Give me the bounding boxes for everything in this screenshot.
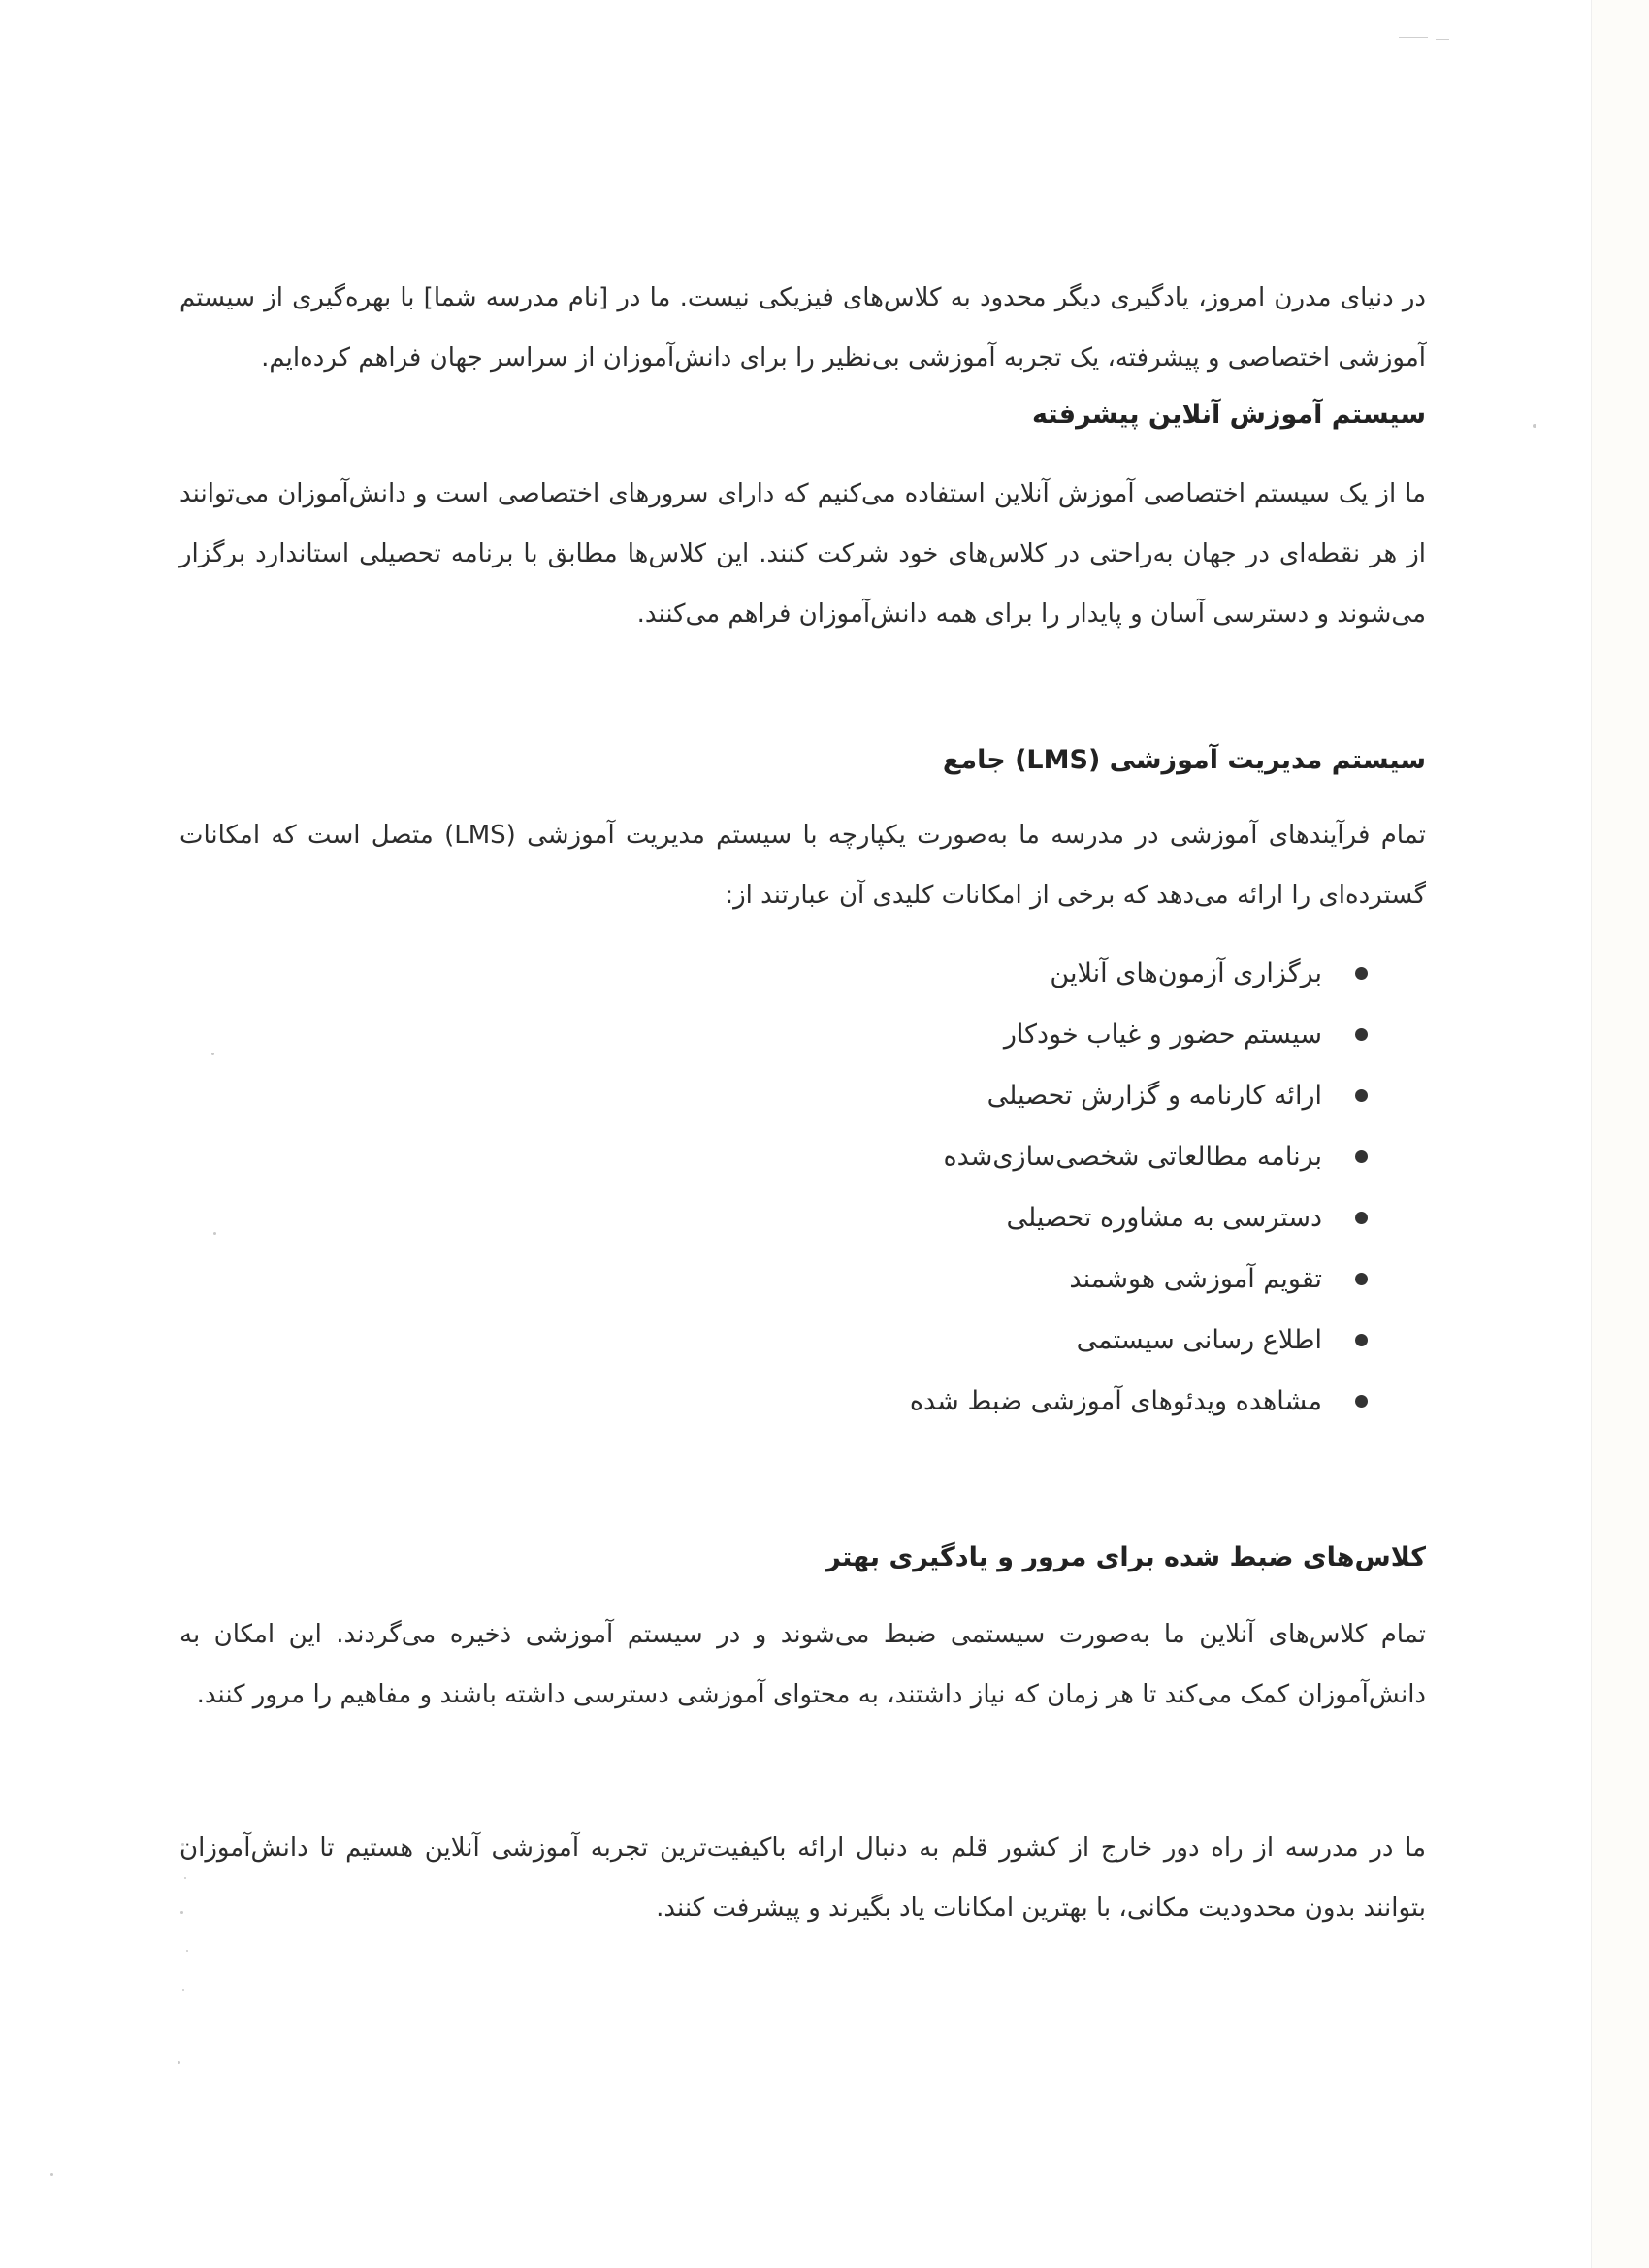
scan-speck [1533, 424, 1536, 428]
list-item-notifications: اطلاع رسانی سیستمی [179, 1310, 1368, 1371]
list-item-study-plan: برنامه مطالعاتی شخصی‌سازی‌شده [179, 1126, 1368, 1187]
scan-speck [186, 1950, 188, 1952]
lms-feature-list: برگزاری آزمون‌های آنلاین سیستم حضور و غی… [179, 943, 1426, 1432]
scan-speck [178, 2061, 180, 2064]
scan-speck [50, 2173, 53, 2176]
bullet-icon [1355, 1395, 1368, 1408]
scan-artifact-top-right-2 [1436, 39, 1449, 40]
feature-label: اطلاع رسانی سیستمی [1077, 1325, 1322, 1355]
feature-label: برگزاری آزمون‌های آنلاین [1050, 958, 1322, 988]
list-item-recorded-videos: مشاهده ویدئوهای آموزشی ضبط شده [179, 1371, 1368, 1432]
document-body: در دنیای مدرن امروز، یادگیری دیگر محدود … [179, 268, 1426, 1938]
list-item-counseling: دسترسی به مشاوره تحصیلی [179, 1187, 1368, 1248]
paragraph-online-learning-system: ما از یک سیستم اختصاصی آموزش آنلاین استف… [179, 464, 1426, 644]
list-item-online-exams: برگزاری آزمون‌های آنلاین [179, 943, 1368, 1004]
feature-label: تقویم آموزشی هوشمند [1069, 1264, 1322, 1294]
scan-speck [182, 1989, 184, 1991]
feature-label: برنامه مطالعاتی شخصی‌سازی‌شده [943, 1142, 1322, 1172]
bullet-icon [1355, 1334, 1368, 1346]
heading-recorded-classes: کلاس‌های ضبط شده برای مرور و یادگیری بهت… [179, 1539, 1426, 1577]
intro-line-1: در دنیای مدرن امروز، یادگیری دیگر محدود … [179, 283, 1426, 312]
closing-paragraph: ما در مدرسه از راه دور خارج از کشور قلم … [179, 1818, 1426, 1938]
bullet-icon [1355, 1089, 1368, 1102]
intro-paragraph: در دنیای مدرن امروز، یادگیری دیگر محدود … [179, 268, 1426, 388]
feature-label: ارائه کارنامه و گزارش تحصیلی [987, 1081, 1322, 1111]
feature-label: مشاهده ویدئوهای آموزشی ضبط شده [910, 1386, 1322, 1416]
bullet-icon [1355, 1150, 1368, 1163]
heading-online-learning-system: سیستم آموزش آنلاین پیشرفته [179, 396, 1426, 435]
paragraph-recorded-classes: تمام کلاس‌های آنلاین ما به‌صورت سیستمی ض… [179, 1604, 1426, 1725]
feature-label: دسترسی به مشاوره تحصیلی [1006, 1203, 1322, 1233]
bullet-icon [1355, 1273, 1368, 1285]
feature-label: سیستم حضور و غیاب خودکار [1004, 1020, 1322, 1050]
paragraph-lms: تمام فرآیندهای آموزشی در مدرسه ما به‌صور… [179, 805, 1426, 925]
bullet-icon [1355, 967, 1368, 980]
bullet-icon [1355, 1028, 1368, 1041]
scan-artifact-top-right [1399, 37, 1428, 38]
list-item-attendance: سیستم حضور و غیاب خودکار [179, 1004, 1368, 1065]
list-item-report-card: ارائه کارنامه و گزارش تحصیلی [179, 1065, 1368, 1126]
heading-lms: سیستم مدیریت آموزشی (LMS) جامع [179, 741, 1426, 780]
scanned-page: در دنیای مدرن امروز، یادگیری دیگر محدود … [0, 0, 1592, 2268]
bullet-icon [1355, 1212, 1368, 1224]
list-item-smart-calendar: تقویم آموزشی هوشمند [179, 1248, 1368, 1310]
intro-line-2: آموزشی اختصاصی و پیشرفته، یک تجربه آموزش… [261, 343, 1426, 373]
